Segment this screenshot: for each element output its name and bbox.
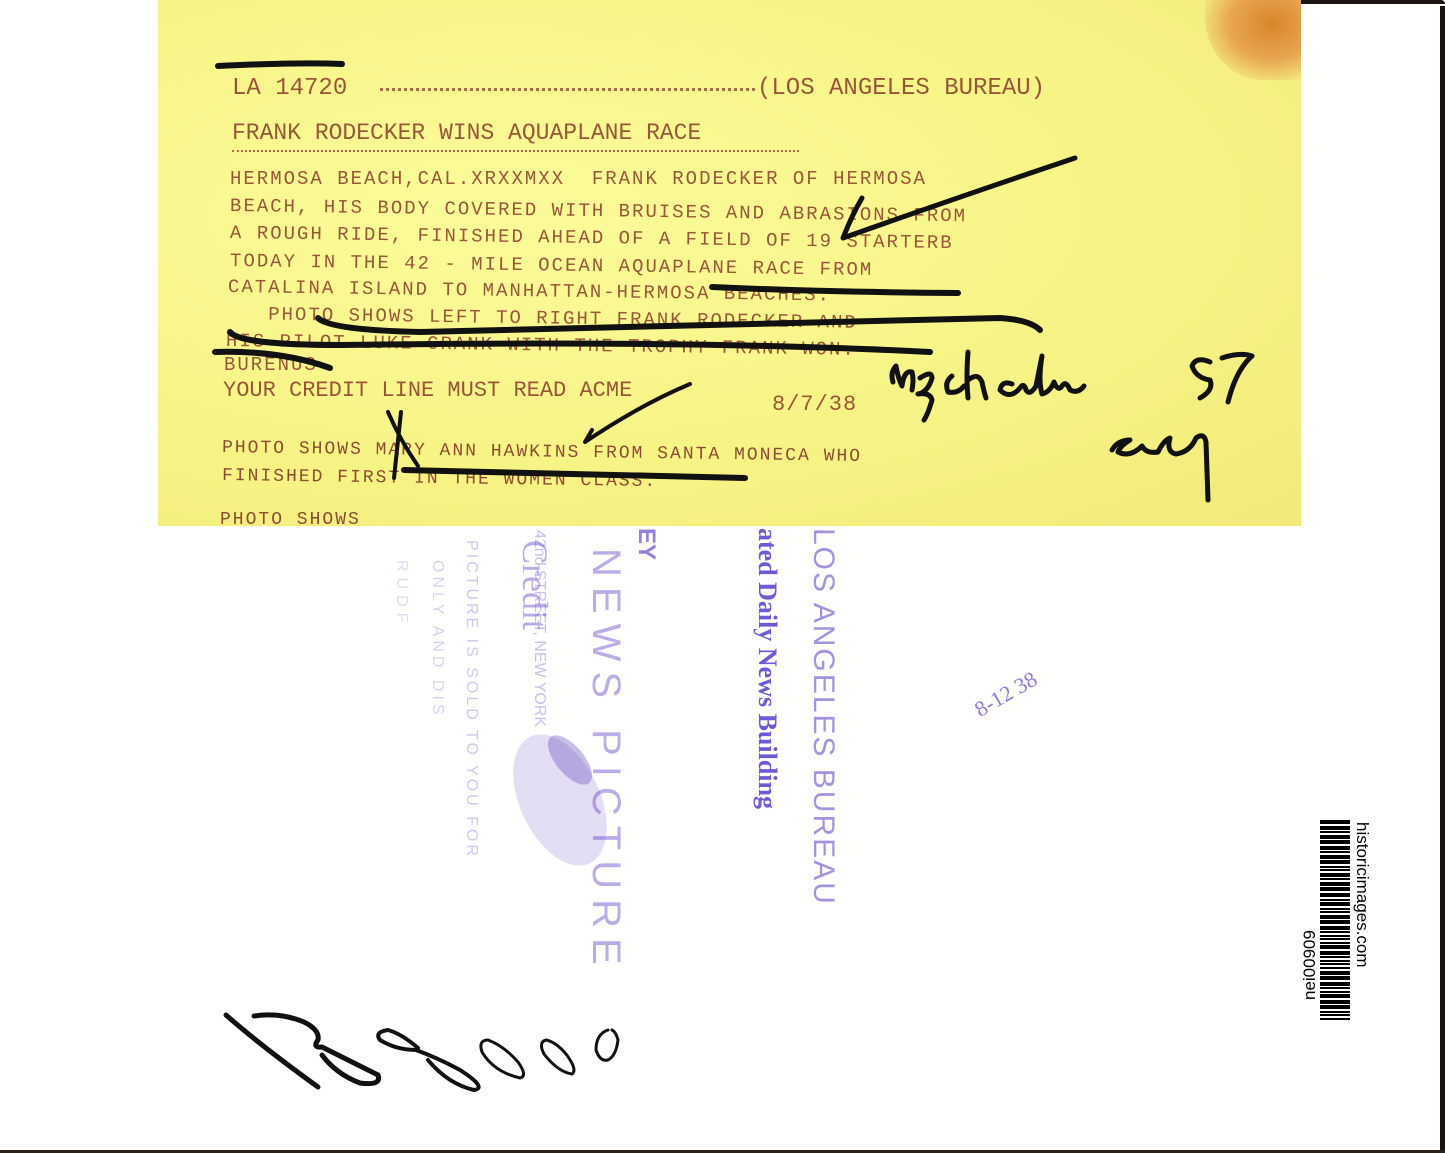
barcode-bar [1320, 893, 1350, 897]
stamp-ey: EY [632, 528, 660, 560]
snipe-date: 8/7/38 [772, 392, 857, 417]
stamp-news-picture: NEWS PICTURE [583, 548, 628, 975]
barcode-bar [1320, 971, 1350, 975]
barcode-bar [1320, 851, 1350, 853]
barcode-bar [1320, 902, 1350, 906]
dash-leader [380, 88, 755, 91]
barcode-bar [1320, 960, 1350, 962]
barcode-bar [1320, 855, 1350, 859]
barcode-bar [1320, 926, 1350, 930]
barcode-bar [1320, 1000, 1350, 1004]
barcode-bar [1320, 866, 1350, 868]
number-0-1 [481, 1040, 524, 1078]
barcode-bar [1320, 831, 1350, 833]
headline-underline [232, 150, 799, 152]
photo-edge-top [1300, 0, 1445, 4]
barcode-bar [1320, 860, 1350, 864]
barcode-bar [1320, 963, 1350, 965]
stamp-fine-1: PICTURE IS SOLD TO YOU FOR [462, 540, 480, 859]
barcode-bar [1320, 942, 1350, 944]
barcode-bar [1320, 869, 1350, 871]
barcode-site-label: historicimages.com [1352, 822, 1372, 968]
body-line: BURENUS [224, 354, 318, 376]
number-0-2 [541, 1040, 574, 1074]
number-0-3 [596, 1030, 618, 1060]
barcode-bar [1320, 826, 1350, 830]
barcode-bar [1320, 991, 1350, 993]
barcode-bar [1320, 976, 1350, 980]
barcode-bar [1320, 951, 1350, 955]
photo-edge-right [1440, 6, 1445, 1153]
barcode-bar [1320, 835, 1350, 839]
photo-back: LA 14720 (LOS ANGELES BUREAU) FRANK RODE… [0, 0, 1445, 1153]
barcode-bar [1320, 935, 1350, 937]
stamp-fine-3: RUDF [392, 560, 410, 628]
number-b [226, 1015, 379, 1087]
stamp-date: 8-12 38 [970, 666, 1042, 722]
barcode-bar [1320, 846, 1350, 850]
barcode-bar [1320, 840, 1350, 844]
barcode-item-id: nei00909 [1300, 930, 1320, 1000]
barcode-bar [1320, 873, 1350, 877]
stamp-la-bureau: LOS ANGELES BUREAU [806, 528, 840, 906]
barcode-bar [1320, 994, 1350, 998]
slug-number: LA 14720 [232, 75, 347, 102]
barcode-bar [1320, 882, 1350, 886]
barcode-bar [1320, 920, 1350, 924]
barcode-bar [1320, 938, 1350, 940]
barcode-bar [1320, 931, 1350, 933]
barcode-bar [1320, 911, 1350, 913]
stamp-street: 42nd STREET, NEW YORK [530, 530, 548, 727]
barcode-bar [1320, 982, 1350, 986]
barcode-bar [1320, 887, 1350, 891]
bureau-label: (LOS ANGELES BUREAU) [757, 75, 1045, 102]
barcode-bar [1320, 908, 1350, 910]
stamp-daily-news: ated Daily News Building [752, 528, 782, 809]
barcode-bar [1320, 956, 1350, 958]
headline: FRANK RODECKER WINS AQUAPLANE RACE [232, 120, 701, 146]
barcode-bar [1320, 899, 1350, 901]
credit-line: YOUR CREDIT LINE MUST READ ACME [223, 378, 632, 403]
barcode-bar [1320, 915, 1350, 919]
barcode-bar [1320, 1005, 1350, 1009]
cut-caption-line: PHOTO SHOWS [220, 510, 361, 526]
stamp-fine-2: ONLY AND DIS [428, 560, 446, 719]
barcode-bars [1320, 820, 1350, 1020]
barcode-bar [1320, 945, 1350, 949]
barcode-bar [1320, 1014, 1350, 1016]
body-line: HERMOSA BEACH,CAL.XRXXMXX FRANK RODECKER… [230, 168, 927, 190]
barcode-bar [1320, 1018, 1350, 1020]
barcode-bar [1320, 878, 1350, 880]
number-8 [378, 1030, 478, 1090]
barcode-bar [1320, 1011, 1350, 1013]
barcode-bar [1320, 987, 1350, 989]
barcode-bar [1320, 820, 1350, 824]
barcode-bar [1320, 967, 1350, 969]
